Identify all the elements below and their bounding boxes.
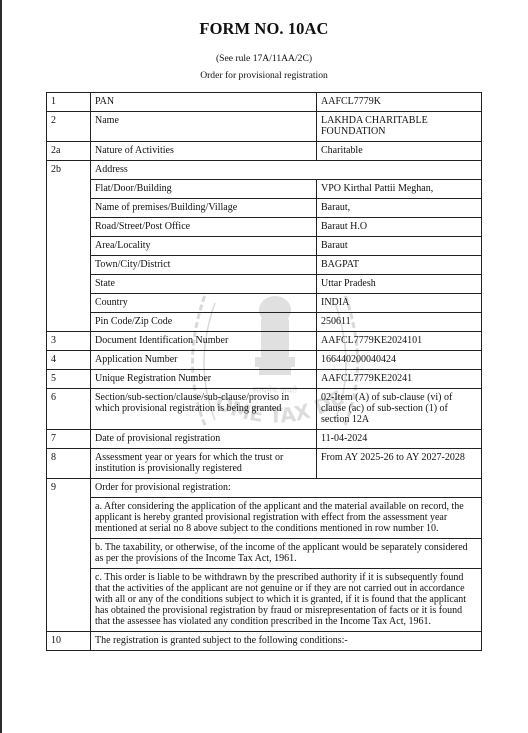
row-number: 4 (47, 351, 91, 370)
row-label: Assessment year or years for which the t… (91, 449, 317, 479)
table-row: 2 Name LAKHDA CHARITABLE FOUNDATION (47, 112, 482, 142)
registration-table: 1 PAN AAFCL7779K 2 Name LAKHDA CHARITABL… (46, 92, 482, 651)
nature-value: Charitable (317, 142, 482, 161)
address-row: Name of premises/Building/Village Baraut… (47, 199, 482, 218)
address-field-value: INDIA (317, 294, 482, 313)
order-paragraph-row: a. After considering the application of … (47, 498, 482, 539)
order-header: Order for provisional registration: (91, 479, 482, 498)
table-row: 2b Address (47, 161, 482, 180)
address-field-value: Baraut H.O (317, 218, 482, 237)
row-number: 10 (47, 632, 91, 651)
form-rule-reference: (See rule 17A/11AA/2C) (0, 53, 528, 64)
address-header: Address (91, 161, 482, 180)
row-label: Section/sub-section/clause/sub-clause/pr… (91, 389, 317, 430)
table-row: 10 The registration is granted subject t… (47, 632, 482, 651)
section-value: 02-Item (A) of sub-clause (vi) of clause… (317, 389, 482, 430)
table-row: 5 Unique Registration Number AAFCL7779KE… (47, 370, 482, 389)
address-row: State Uttar Pradesh (47, 275, 482, 294)
order-paragraph-row: b. The taxability, or otherwise, of the … (47, 539, 482, 569)
row-label: Application Number (91, 351, 317, 370)
address-field-value: Uttar Pradesh (317, 275, 482, 294)
row-number: 2b (47, 161, 91, 332)
address-field-label: Name of premises/Building/Village (91, 199, 317, 218)
address-field-label: Country (91, 294, 317, 313)
address-field-value: Baraut (317, 237, 482, 256)
address-field-label: Pin Code/Zip Code (91, 313, 317, 332)
table-row: 1 PAN AAFCL7779K (47, 93, 482, 112)
window-left-border (0, 0, 2, 733)
row-number: 2 (47, 112, 91, 142)
address-row: Area/Locality Baraut (47, 237, 482, 256)
registration-number-value: AAFCL7779KE20241 (317, 370, 482, 389)
table-row: 9 Order for provisional registration: (47, 479, 482, 498)
row-number: 8 (47, 449, 91, 479)
address-field-label: Area/Locality (91, 237, 317, 256)
row-number: 2a (47, 142, 91, 161)
address-row: Pin Code/Zip Code 250611 (47, 313, 482, 332)
address-field-value: Baraut, (317, 199, 482, 218)
address-field-value: BAGPAT (317, 256, 482, 275)
row-number: 5 (47, 370, 91, 389)
application-number-value: 166440200040424 (317, 351, 482, 370)
row-label: Unique Registration Number (91, 370, 317, 389)
row-number: 9 (47, 479, 91, 632)
order-paragraph-c: c. This order is liable to be withdrawn … (91, 569, 482, 632)
row-label: PAN (91, 93, 317, 112)
conditions-header: The registration is granted subject to t… (91, 632, 482, 651)
address-field-value: 250611 (317, 313, 482, 332)
table-row: 3 Document Identification Number AAFCL77… (47, 332, 482, 351)
row-number: 1 (47, 93, 91, 112)
row-label: Nature of Activities (91, 142, 317, 161)
form-subtitle: Order for provisional registration (0, 70, 528, 81)
address-field-value: VPO Kirthal Pattii Meghan, (317, 180, 482, 199)
row-number: 7 (47, 430, 91, 449)
document-id-value: AAFCL7779KE2024101 (317, 332, 482, 351)
pan-value: AAFCL7779K (317, 93, 482, 112)
row-label: Date of provisional registration (91, 430, 317, 449)
table-row: 7 Date of provisional registration 11-04… (47, 430, 482, 449)
address-row: Flat/Door/Building VPO Kirthal Pattii Me… (47, 180, 482, 199)
row-label: Document Identification Number (91, 332, 317, 351)
registration-date-value: 11-04-2024 (317, 430, 482, 449)
address-field-label: Flat/Door/Building (91, 180, 317, 199)
form-title: FORM NO. 10AC (0, 19, 528, 39)
row-label: Name (91, 112, 317, 142)
address-row: Country INDIA (47, 294, 482, 313)
row-number: 3 (47, 332, 91, 351)
table-row: 6 Section/sub-section/clause/sub-clause/… (47, 389, 482, 430)
name-value: LAKHDA CHARITABLE FOUNDATION (317, 112, 482, 142)
table-row: 4 Application Number 166440200040424 (47, 351, 482, 370)
address-field-label: Town/City/District (91, 256, 317, 275)
table-row: 8 Assessment year or years for which the… (47, 449, 482, 479)
row-number: 6 (47, 389, 91, 430)
address-field-label: Road/Street/Post Office (91, 218, 317, 237)
address-field-label: State (91, 275, 317, 294)
order-paragraph-a: a. After considering the application of … (91, 498, 482, 539)
table-row: 2a Nature of Activities Charitable (47, 142, 482, 161)
address-row: Town/City/District BAGPAT (47, 256, 482, 275)
address-row: Road/Street/Post Office Baraut H.O (47, 218, 482, 237)
order-paragraph-row: c. This order is liable to be withdrawn … (47, 569, 482, 632)
assessment-years-value: From AY 2025-26 to AY 2027-2028 (317, 449, 482, 479)
order-paragraph-b: b. The taxability, or otherwise, of the … (91, 539, 482, 569)
